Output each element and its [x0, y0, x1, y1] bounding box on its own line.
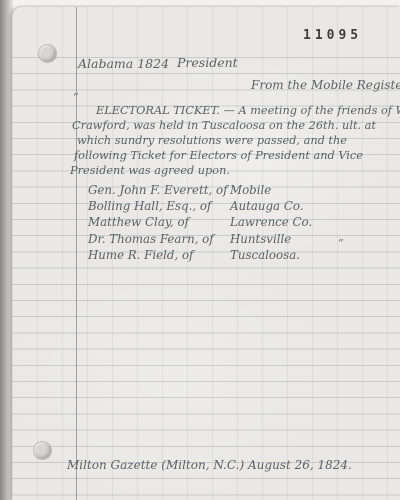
elector-place: Lawrence Co. — [230, 215, 312, 229]
elector-row: Matthew Clay, of Lawrence Co. — [88, 215, 312, 231]
elector-place: Tuscaloosa. — [230, 248, 300, 262]
elector-name: Gen. John F. Everett, of — [88, 183, 230, 197]
elector-place: Mobile — [230, 183, 271, 197]
paragraph-line-3: which sundry resolutions were passed, an… — [77, 135, 347, 146]
elector-row: Hume R. Field, of Tuscaloosa. — [88, 248, 312, 264]
paragraph-line-5: President was agreed upon. — [70, 165, 230, 176]
elector-name: Dr. Thomas Fearn, of — [88, 232, 230, 246]
scanned-document-page: { "document": { "stamp_number": "11095",… — [0, 0, 400, 500]
header-region-year: Alabama 1824 — [78, 58, 169, 71]
closing-quote-mark: ” — [338, 238, 344, 249]
elector-row: Gen. John F. Everett, of Mobile — [88, 183, 312, 199]
header-category: President — [177, 57, 238, 70]
citation-source: Milton Gazette (Milton, N.C.) — [67, 459, 244, 471]
elector-place: Autauga Co. — [230, 199, 304, 213]
elector-row: Bolling Hall, Esq., of Autauga Co. — [88, 199, 312, 215]
paragraph-line-4: following Ticket for Electors of Preside… — [74, 150, 363, 161]
citation-date: August 26, 1824. — [248, 459, 352, 471]
margin-line — [76, 7, 77, 500]
electors-list: Gen. John F. Everett, of Mobile Bolling … — [88, 183, 312, 264]
elector-row: Dr. Thomas Fearn, of Huntsville — [88, 232, 312, 248]
opening-quote-mark: “ — [73, 92, 79, 103]
header-source-credit: From the Mobile Register — [251, 79, 400, 91]
stamp-number: 11095 — [303, 29, 362, 42]
paragraph-line-1: ELECTORAL TICKET. — A meeting of the fri… — [96, 105, 400, 116]
punch-hole-bottom — [34, 442, 51, 459]
elector-name: Hume R. Field, of — [88, 248, 230, 262]
elector-place: Huntsville — [230, 232, 291, 246]
punch-hole-top — [39, 45, 56, 62]
paragraph-line-2: Crawford, was held in Tuscaloosa on the … — [72, 120, 376, 131]
elector-name: Bolling Hall, Esq., of — [88, 199, 230, 213]
elector-name: Matthew Clay, of — [88, 215, 230, 229]
